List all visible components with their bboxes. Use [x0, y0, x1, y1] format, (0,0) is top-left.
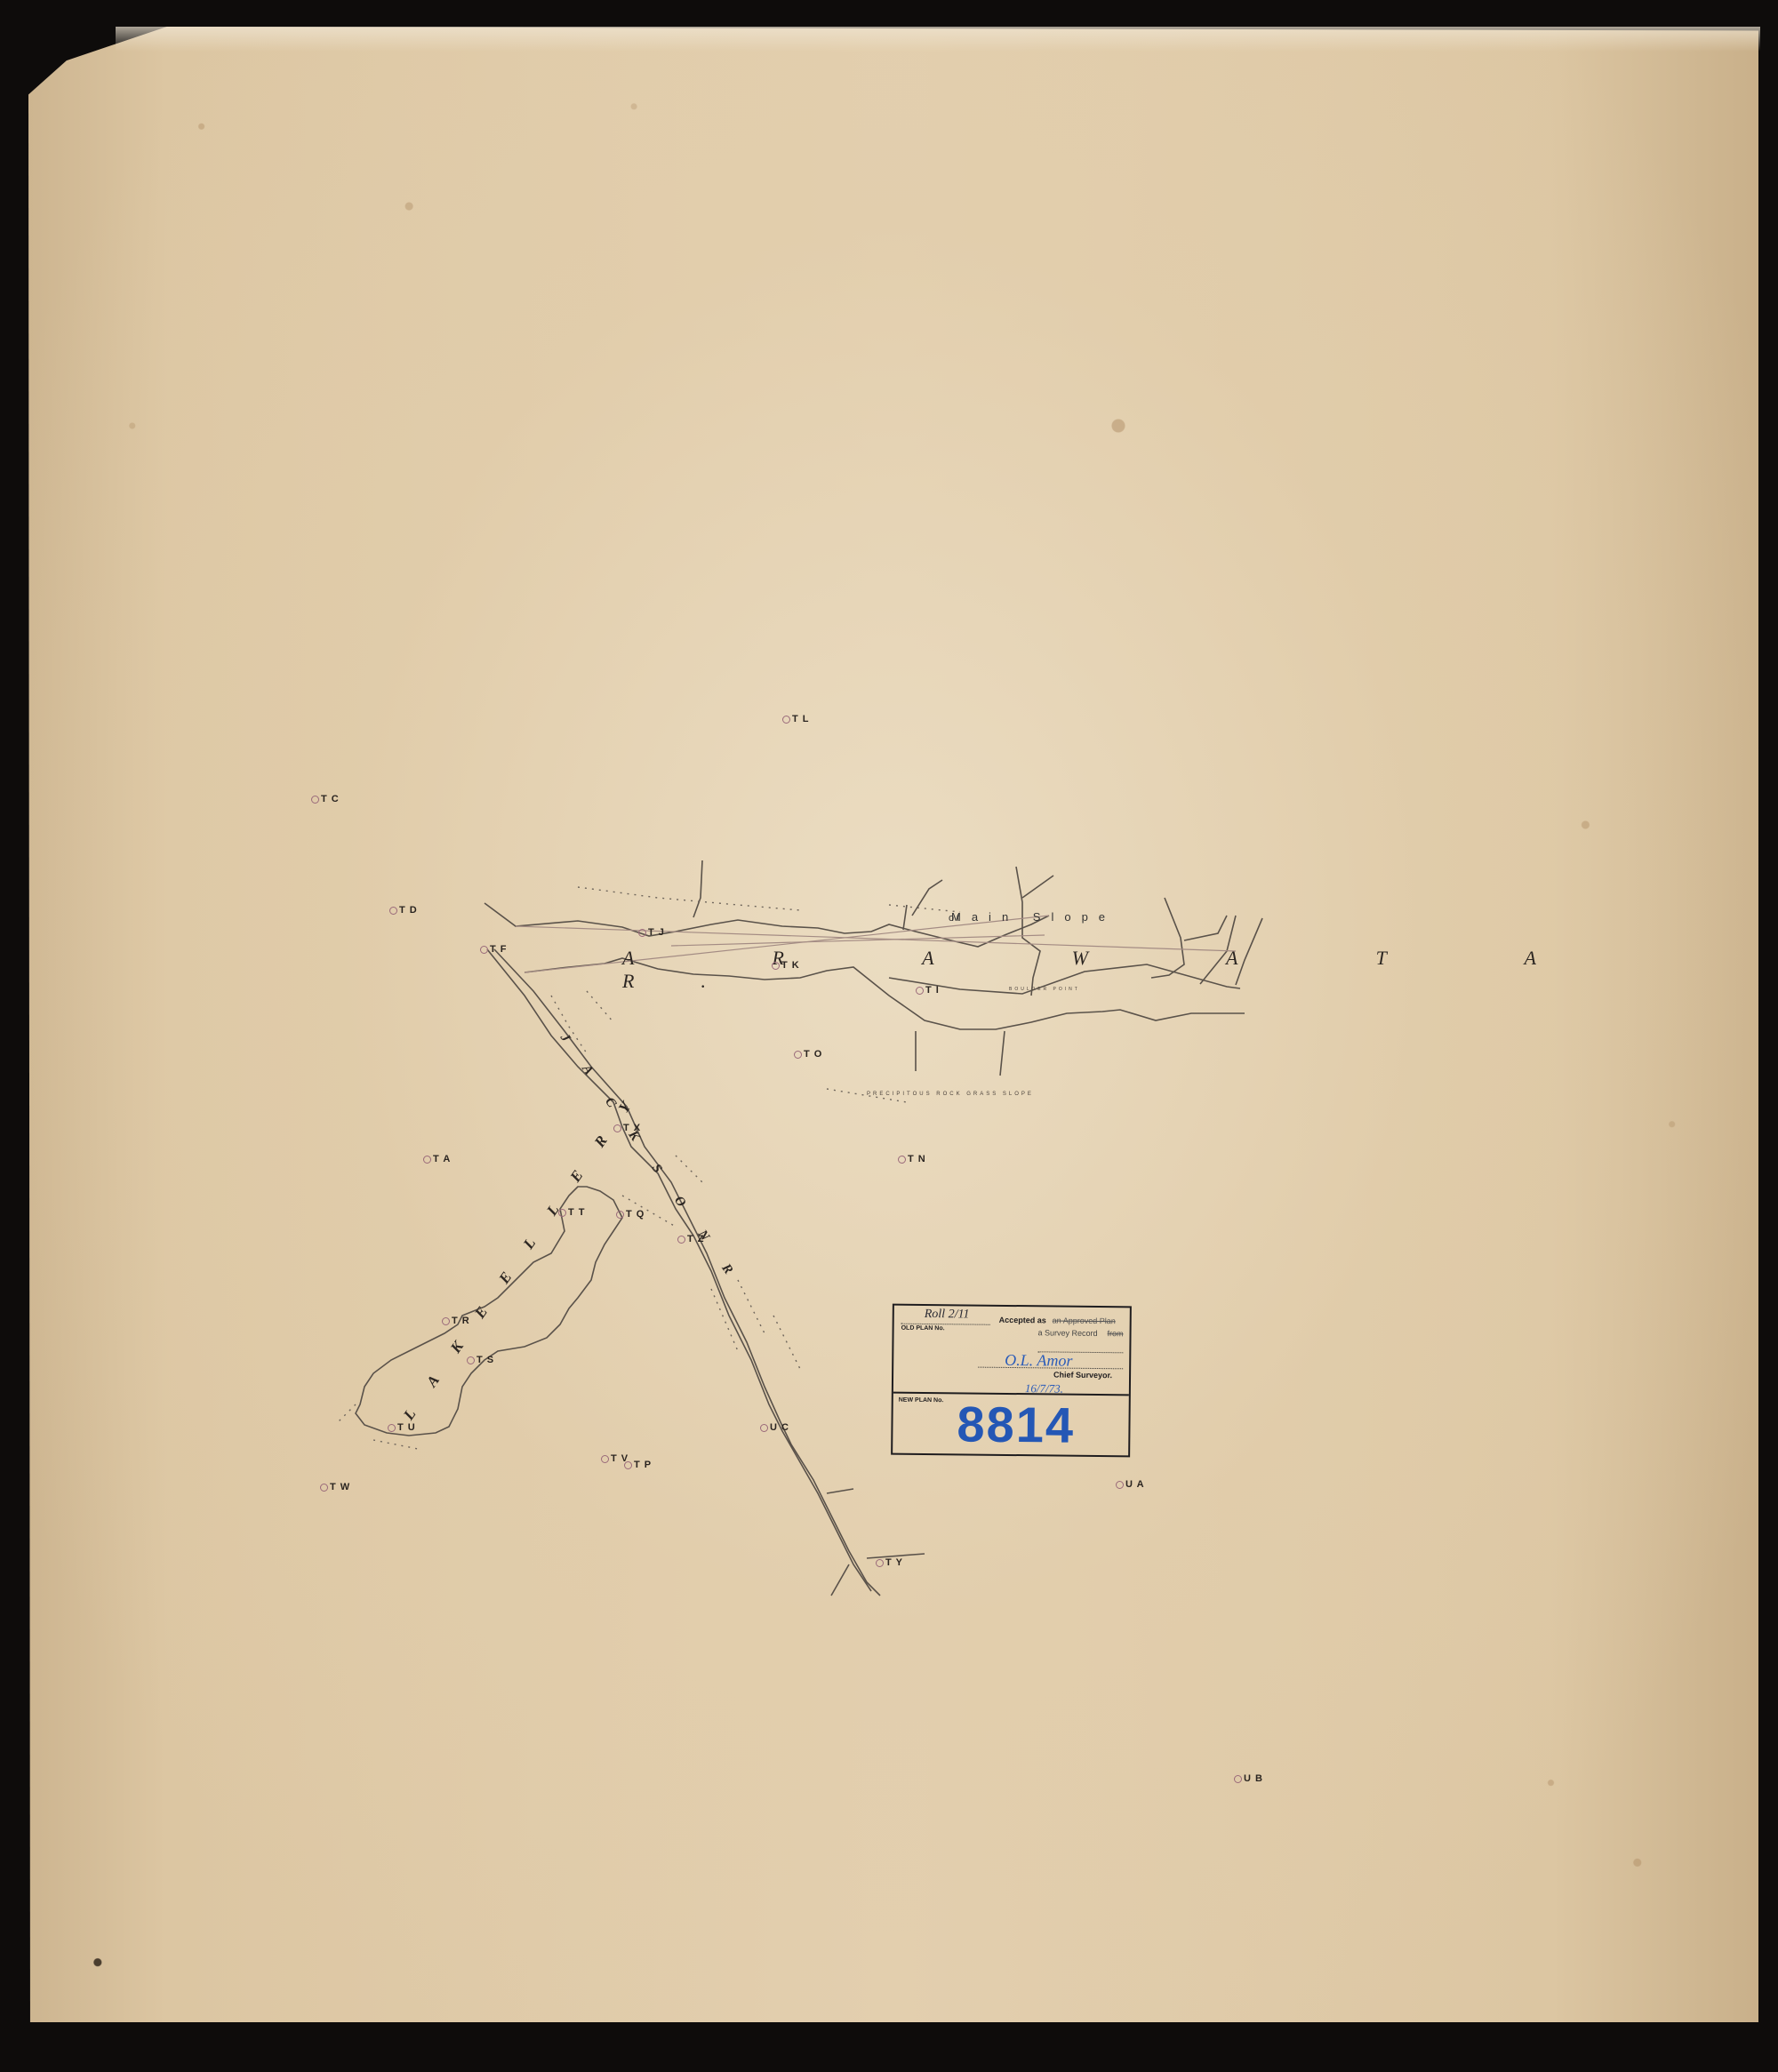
chief-surveyor-label: Chief Surveyor.: [1053, 1370, 1112, 1380]
station-marker-icon: [388, 1424, 396, 1432]
station-marker-icon: [898, 1156, 906, 1164]
station-ta: T A: [423, 1154, 451, 1164]
station-tw: T W: [320, 1482, 350, 1492]
station-marker-icon: [916, 987, 924, 995]
new-plan-number: 8814: [957, 1395, 1075, 1453]
station-marker-icon: [794, 1051, 802, 1059]
accepted-as-text: Accepted as: [999, 1316, 1046, 1325]
station-marker-icon: [782, 716, 790, 724]
station-tn: T N: [898, 1154, 926, 1164]
station-td: T D: [389, 905, 418, 916]
station-tz: T Z: [677, 1234, 705, 1244]
station-marker-icon: [320, 1484, 328, 1492]
station-tu: T U: [388, 1422, 416, 1433]
station-marker-icon: [1234, 1775, 1242, 1783]
station-tr: T R: [442, 1316, 470, 1326]
station-marker-icon: [772, 962, 780, 970]
station-marker-icon: [311, 796, 319, 804]
station-marker-icon: [558, 1209, 566, 1217]
station-tt: T T: [558, 1207, 586, 1218]
station-marker-icon: [624, 1461, 632, 1469]
station-tf: T F: [480, 944, 508, 955]
station-to: T O: [794, 1049, 822, 1060]
station-ts: T S: [467, 1355, 494, 1365]
station-marker-icon: [423, 1156, 431, 1164]
plan-registration-stamp: Roll 2/11 OLD PLAN No. Accepted as an Ap…: [891, 1304, 1132, 1458]
station-tl: T L: [782, 714, 810, 724]
station-marker-icon: [613, 1124, 621, 1132]
new-plan-label: NEW PLAN No.: [899, 1397, 944, 1404]
station-marker-icon: [467, 1356, 475, 1364]
annotation-precipitous: PRECIPITOUS ROCK GRASS SLOPE: [867, 1092, 1034, 1097]
acceptance-date: 16/7/73.: [1025, 1381, 1063, 1396]
station-tk: T K: [772, 960, 800, 971]
station-marker-icon: [616, 1211, 624, 1219]
station-tj: T J: [638, 927, 665, 938]
struck-approved-plan: an Approved Plan: [1053, 1316, 1116, 1325]
station-ua: U A: [1116, 1479, 1145, 1490]
station-marker-icon: [677, 1236, 685, 1244]
station-marker-icon: [389, 907, 397, 915]
station-tx: T X: [613, 1123, 641, 1133]
station-marker-icon: [480, 946, 488, 954]
station-marker-icon: [601, 1455, 609, 1463]
annotation-main-slope-visible: Main Slope: [951, 910, 1116, 924]
station-marker-icon: [1116, 1481, 1124, 1489]
station-ti: T I: [916, 985, 940, 996]
station-tq: T Q: [616, 1209, 645, 1220]
station-ub: U B: [1234, 1773, 1263, 1784]
old-plan-value: Roll 2/11: [925, 1308, 970, 1323]
station-uc: U C: [760, 1422, 789, 1433]
station-tc: T C: [311, 794, 340, 804]
station-marker-icon: [760, 1424, 768, 1432]
station-ty: T Y: [876, 1557, 903, 1568]
annotation-boulder-point: BOULDER POINT: [1009, 987, 1080, 992]
survey-record-text: a Survey Record: [1038, 1328, 1098, 1338]
station-marker-icon: [876, 1559, 884, 1567]
survey-map-linework: [0, 0, 1778, 2072]
stamp-top-section: Roll 2/11 OLD PLAN No. Accepted as an Ap…: [893, 1306, 1130, 1396]
old-plan-label: OLD PLAN No.: [901, 1325, 945, 1332]
station-marker-icon: [638, 929, 646, 937]
struck-from: from: [1108, 1329, 1124, 1338]
station-marker-icon: [442, 1317, 450, 1325]
station-tp: T P: [624, 1460, 652, 1470]
